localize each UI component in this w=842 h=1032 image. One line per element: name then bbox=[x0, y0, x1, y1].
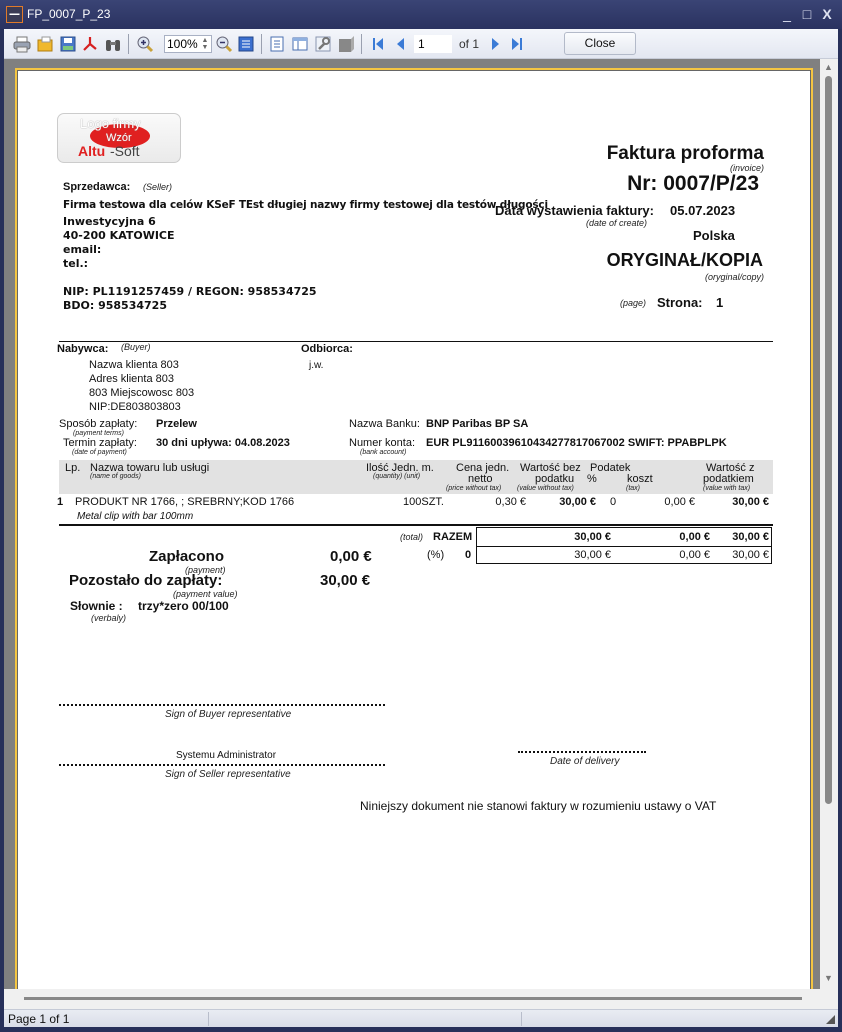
col-name-en: (name of goods) bbox=[90, 473, 141, 480]
payment-due-en: (date of payment) bbox=[72, 449, 127, 456]
last-page-icon[interactable] bbox=[508, 35, 526, 53]
col-price-2: netto bbox=[468, 473, 492, 485]
total-net: 30,00 € bbox=[574, 531, 611, 543]
col-gross-en: (value with tax) bbox=[703, 485, 750, 492]
seller-street: Inwestycyjna 6 bbox=[63, 215, 156, 228]
page-number-input[interactable] bbox=[414, 35, 452, 53]
totals-divider bbox=[477, 546, 771, 547]
close-button[interactable]: Close bbox=[564, 32, 636, 55]
col-gross-2: podatkiem bbox=[703, 473, 754, 485]
section-divider bbox=[59, 341, 773, 342]
total-gross: 30,00 € bbox=[732, 531, 769, 543]
logo-text: Logo firmy bbox=[80, 116, 141, 131]
payment-method-label: Sposób zapłaty: bbox=[59, 418, 137, 430]
print-icon[interactable] bbox=[13, 35, 31, 53]
seller-tel: tel.: bbox=[63, 257, 88, 270]
row-lp: 1 bbox=[57, 496, 63, 508]
country: Polska bbox=[693, 228, 735, 243]
seller-signature-line bbox=[59, 764, 385, 766]
account-number-en: (bank account) bbox=[360, 449, 406, 456]
page-label-en: (page) bbox=[620, 298, 646, 308]
invoice-number: Nr: 0007/P/23 bbox=[627, 172, 759, 196]
issue-date-value: 05.07.2023 bbox=[670, 203, 735, 218]
logo-brand-a: Altu bbox=[78, 143, 105, 159]
report-viewer-window: ▬▬ FP_0007_P_23 _ □ X 100% ▲▼ of 1 Close bbox=[0, 0, 842, 1032]
status-page-text: Page 1 of 1 bbox=[8, 1012, 69, 1026]
close-window-button[interactable]: X bbox=[818, 5, 836, 23]
buyer-line: NIP:DE803803803 bbox=[89, 401, 181, 413]
settings-icon[interactable] bbox=[314, 35, 332, 53]
scroll-up-icon[interactable]: ▲ bbox=[824, 62, 833, 72]
percent-label: (%) bbox=[427, 549, 444, 561]
delivery-date-line bbox=[518, 751, 646, 753]
buyer-line: Adres klienta 803 bbox=[89, 373, 174, 385]
save-icon[interactable] bbox=[59, 35, 77, 53]
payment-due-label: Termin zapłaty: bbox=[63, 437, 137, 449]
row-tax-cost: 0,00 € bbox=[664, 496, 695, 508]
in-words-en: (verbaly) bbox=[91, 613, 126, 623]
seller-email: email: bbox=[63, 243, 101, 256]
row-price: 0,30 € bbox=[495, 496, 526, 508]
seller-city: 40-200 KATOWICE bbox=[63, 229, 175, 242]
parameters-icon[interactable] bbox=[291, 35, 309, 53]
percent-value: 0 bbox=[465, 549, 471, 561]
seller-nip-regon: NIP: PL1191257459 / REGON: 958534725 bbox=[63, 285, 317, 298]
status-separator bbox=[208, 1012, 209, 1026]
amount-due-value: 30,00 € bbox=[320, 572, 370, 589]
bank-name-label: Nazwa Banku: bbox=[349, 418, 420, 430]
row-description: Metal clip with bar 100mm bbox=[77, 511, 193, 522]
total-label: RAZEM bbox=[433, 531, 472, 543]
percent-tax: 0,00 € bbox=[679, 549, 710, 561]
row-gross: 30,00 € bbox=[732, 496, 769, 508]
minimize-button[interactable]: _ bbox=[778, 5, 796, 23]
vertical-scrollbar[interactable]: ▲ ▼ bbox=[820, 59, 838, 989]
row-qty-unit: 100SZT. bbox=[403, 496, 444, 508]
document-outline-icon[interactable] bbox=[268, 35, 286, 53]
buyer-label-en: (Buyer) bbox=[121, 342, 151, 352]
total-tax: 0,00 € bbox=[679, 531, 710, 543]
bank-name-value: BNP Paribas BP SA bbox=[426, 418, 528, 430]
col-lp: Lp. bbox=[65, 462, 80, 474]
buyer-line: 803 Miejscowosc 803 bbox=[89, 387, 194, 399]
seller-label: Sprzedawca: bbox=[63, 181, 130, 193]
zoom-level-input[interactable]: 100% ▲▼ bbox=[164, 35, 212, 53]
row-name: PRODUKT NR 1766, ; SREBRNY;KOD 1766 bbox=[75, 496, 294, 508]
company-logo: Logo firmy Wzór Altu -Soft bbox=[57, 113, 181, 163]
scroll-down-icon[interactable]: ▼ bbox=[824, 973, 833, 983]
open-icon[interactable] bbox=[36, 35, 54, 53]
toolbar-separator bbox=[261, 34, 262, 54]
issue-date-en: (date of create) bbox=[586, 218, 647, 228]
col-qty-unit-en: (quantity) (unit) bbox=[373, 473, 420, 480]
next-page-icon[interactable] bbox=[486, 35, 504, 53]
buyer-signature-line bbox=[59, 704, 385, 706]
seller-bdo: BDO: 958534725 bbox=[63, 299, 167, 312]
find-icon[interactable] bbox=[104, 35, 122, 53]
col-net-2: podatku bbox=[535, 473, 574, 485]
previous-page-icon[interactable] bbox=[392, 35, 410, 53]
table-bottom-rule bbox=[59, 524, 773, 526]
toolbar-separator bbox=[361, 34, 362, 54]
total-label-en: (total) bbox=[400, 532, 423, 542]
window-title: FP_0007_P_23 bbox=[27, 7, 110, 21]
payment-method-en: (payment terms) bbox=[73, 430, 124, 437]
buyer-line: Nazwa klienta 803 bbox=[89, 359, 179, 371]
account-number-value: EUR PL91160039610434277817067002 SWIFT: … bbox=[426, 437, 727, 449]
in-words-value: trzy*zero 00/100 bbox=[138, 599, 229, 613]
col-tax-en: (tax) bbox=[626, 485, 640, 492]
row-net: 30,00 € bbox=[559, 496, 596, 508]
percent-gross: 30,00 € bbox=[732, 549, 769, 561]
original-copy-en: (oryginal/copy) bbox=[705, 272, 764, 282]
page-count-label: of 1 bbox=[459, 37, 479, 51]
account-number-label: Numer konta: bbox=[349, 437, 415, 449]
paid-value: 0,00 € bbox=[330, 548, 372, 565]
disabled-page-icon bbox=[337, 35, 355, 53]
col-tax-pct: % bbox=[587, 473, 597, 485]
col-tax-cost: koszt bbox=[627, 473, 653, 485]
toolbar-separator bbox=[128, 34, 129, 54]
first-page-icon[interactable] bbox=[369, 35, 387, 53]
zoom-in-icon[interactable] bbox=[136, 35, 154, 53]
toolbar: 100% ▲▼ of 1 Close bbox=[4, 29, 838, 59]
paid-label: Zapłacono bbox=[149, 548, 224, 565]
amount-due-label: Pozostało do zapłaty: bbox=[69, 572, 222, 589]
seller-name: Firma testowa dla celów KSeF TEst długie… bbox=[63, 199, 548, 211]
status-bar: Page 1 of 1 bbox=[4, 1009, 838, 1027]
resize-grip-icon[interactable] bbox=[826, 1015, 835, 1024]
delivery-date-label: Date of delivery bbox=[550, 756, 619, 767]
buyer-signature-label: Sign of Buyer representative bbox=[165, 709, 291, 720]
page-value: 1 bbox=[716, 295, 723, 310]
zoom-level-value: 100% bbox=[167, 37, 198, 51]
row-tax-pct: 0 bbox=[610, 496, 616, 508]
seller-representative-name: Systemu Administrator bbox=[176, 750, 276, 761]
document-title: Faktura proforma bbox=[607, 143, 764, 165]
report-app-icon: ▬▬ bbox=[6, 6, 23, 23]
logo-brand-b: -Soft bbox=[110, 143, 140, 159]
issue-date-label: Data wystawienia faktury: bbox=[495, 203, 654, 218]
report-viewport: Logo firmy Wzór Altu -Soft Sprzedawca: (… bbox=[4, 59, 820, 989]
maximize-button[interactable]: □ bbox=[798, 5, 816, 23]
page-label: Strona: bbox=[657, 295, 703, 310]
payment-due-value: 30 dni upływa: 04.08.2023 bbox=[156, 437, 290, 449]
horizontal-scrollbar[interactable] bbox=[4, 989, 838, 1009]
pdf-export-icon[interactable] bbox=[81, 35, 99, 53]
seller-signature-label: Sign of Seller representative bbox=[165, 769, 291, 780]
vertical-scroll-thumb[interactable] bbox=[825, 76, 832, 804]
recipient-value: j.w. bbox=[309, 360, 323, 371]
title-bar: ▬▬ FP_0007_P_23 _ □ X bbox=[0, 0, 842, 29]
in-words-label: Słownie : bbox=[70, 599, 123, 613]
zoom-spinner[interactable]: ▲▼ bbox=[200, 37, 210, 51]
horizontal-scroll-thumb[interactable] bbox=[24, 997, 802, 1000]
amount-due-en: (payment value) bbox=[173, 589, 238, 599]
zoom-out-icon[interactable] bbox=[215, 35, 233, 53]
invoice-page: Logo firmy Wzór Altu -Soft Sprzedawca: (… bbox=[15, 68, 813, 993]
col-price-en: (price without tax) bbox=[446, 485, 501, 492]
status-separator bbox=[521, 1012, 522, 1026]
seller-label-en: (Seller) bbox=[143, 182, 172, 192]
totals-box bbox=[476, 527, 772, 564]
footer-note: Niniejszy dokument nie stanowi faktury w… bbox=[360, 799, 716, 813]
original-copy-label: ORYGINAŁ/KOPIA bbox=[607, 250, 763, 271]
percent-net: 30,00 € bbox=[574, 549, 611, 561]
buyer-label: Nabywca: bbox=[57, 343, 108, 355]
page-view-icon[interactable] bbox=[237, 35, 255, 53]
recipient-label: Odbiorca: bbox=[301, 343, 353, 355]
col-net-en: (value without tax) bbox=[517, 485, 574, 492]
payment-method-value: Przelew bbox=[156, 418, 197, 430]
